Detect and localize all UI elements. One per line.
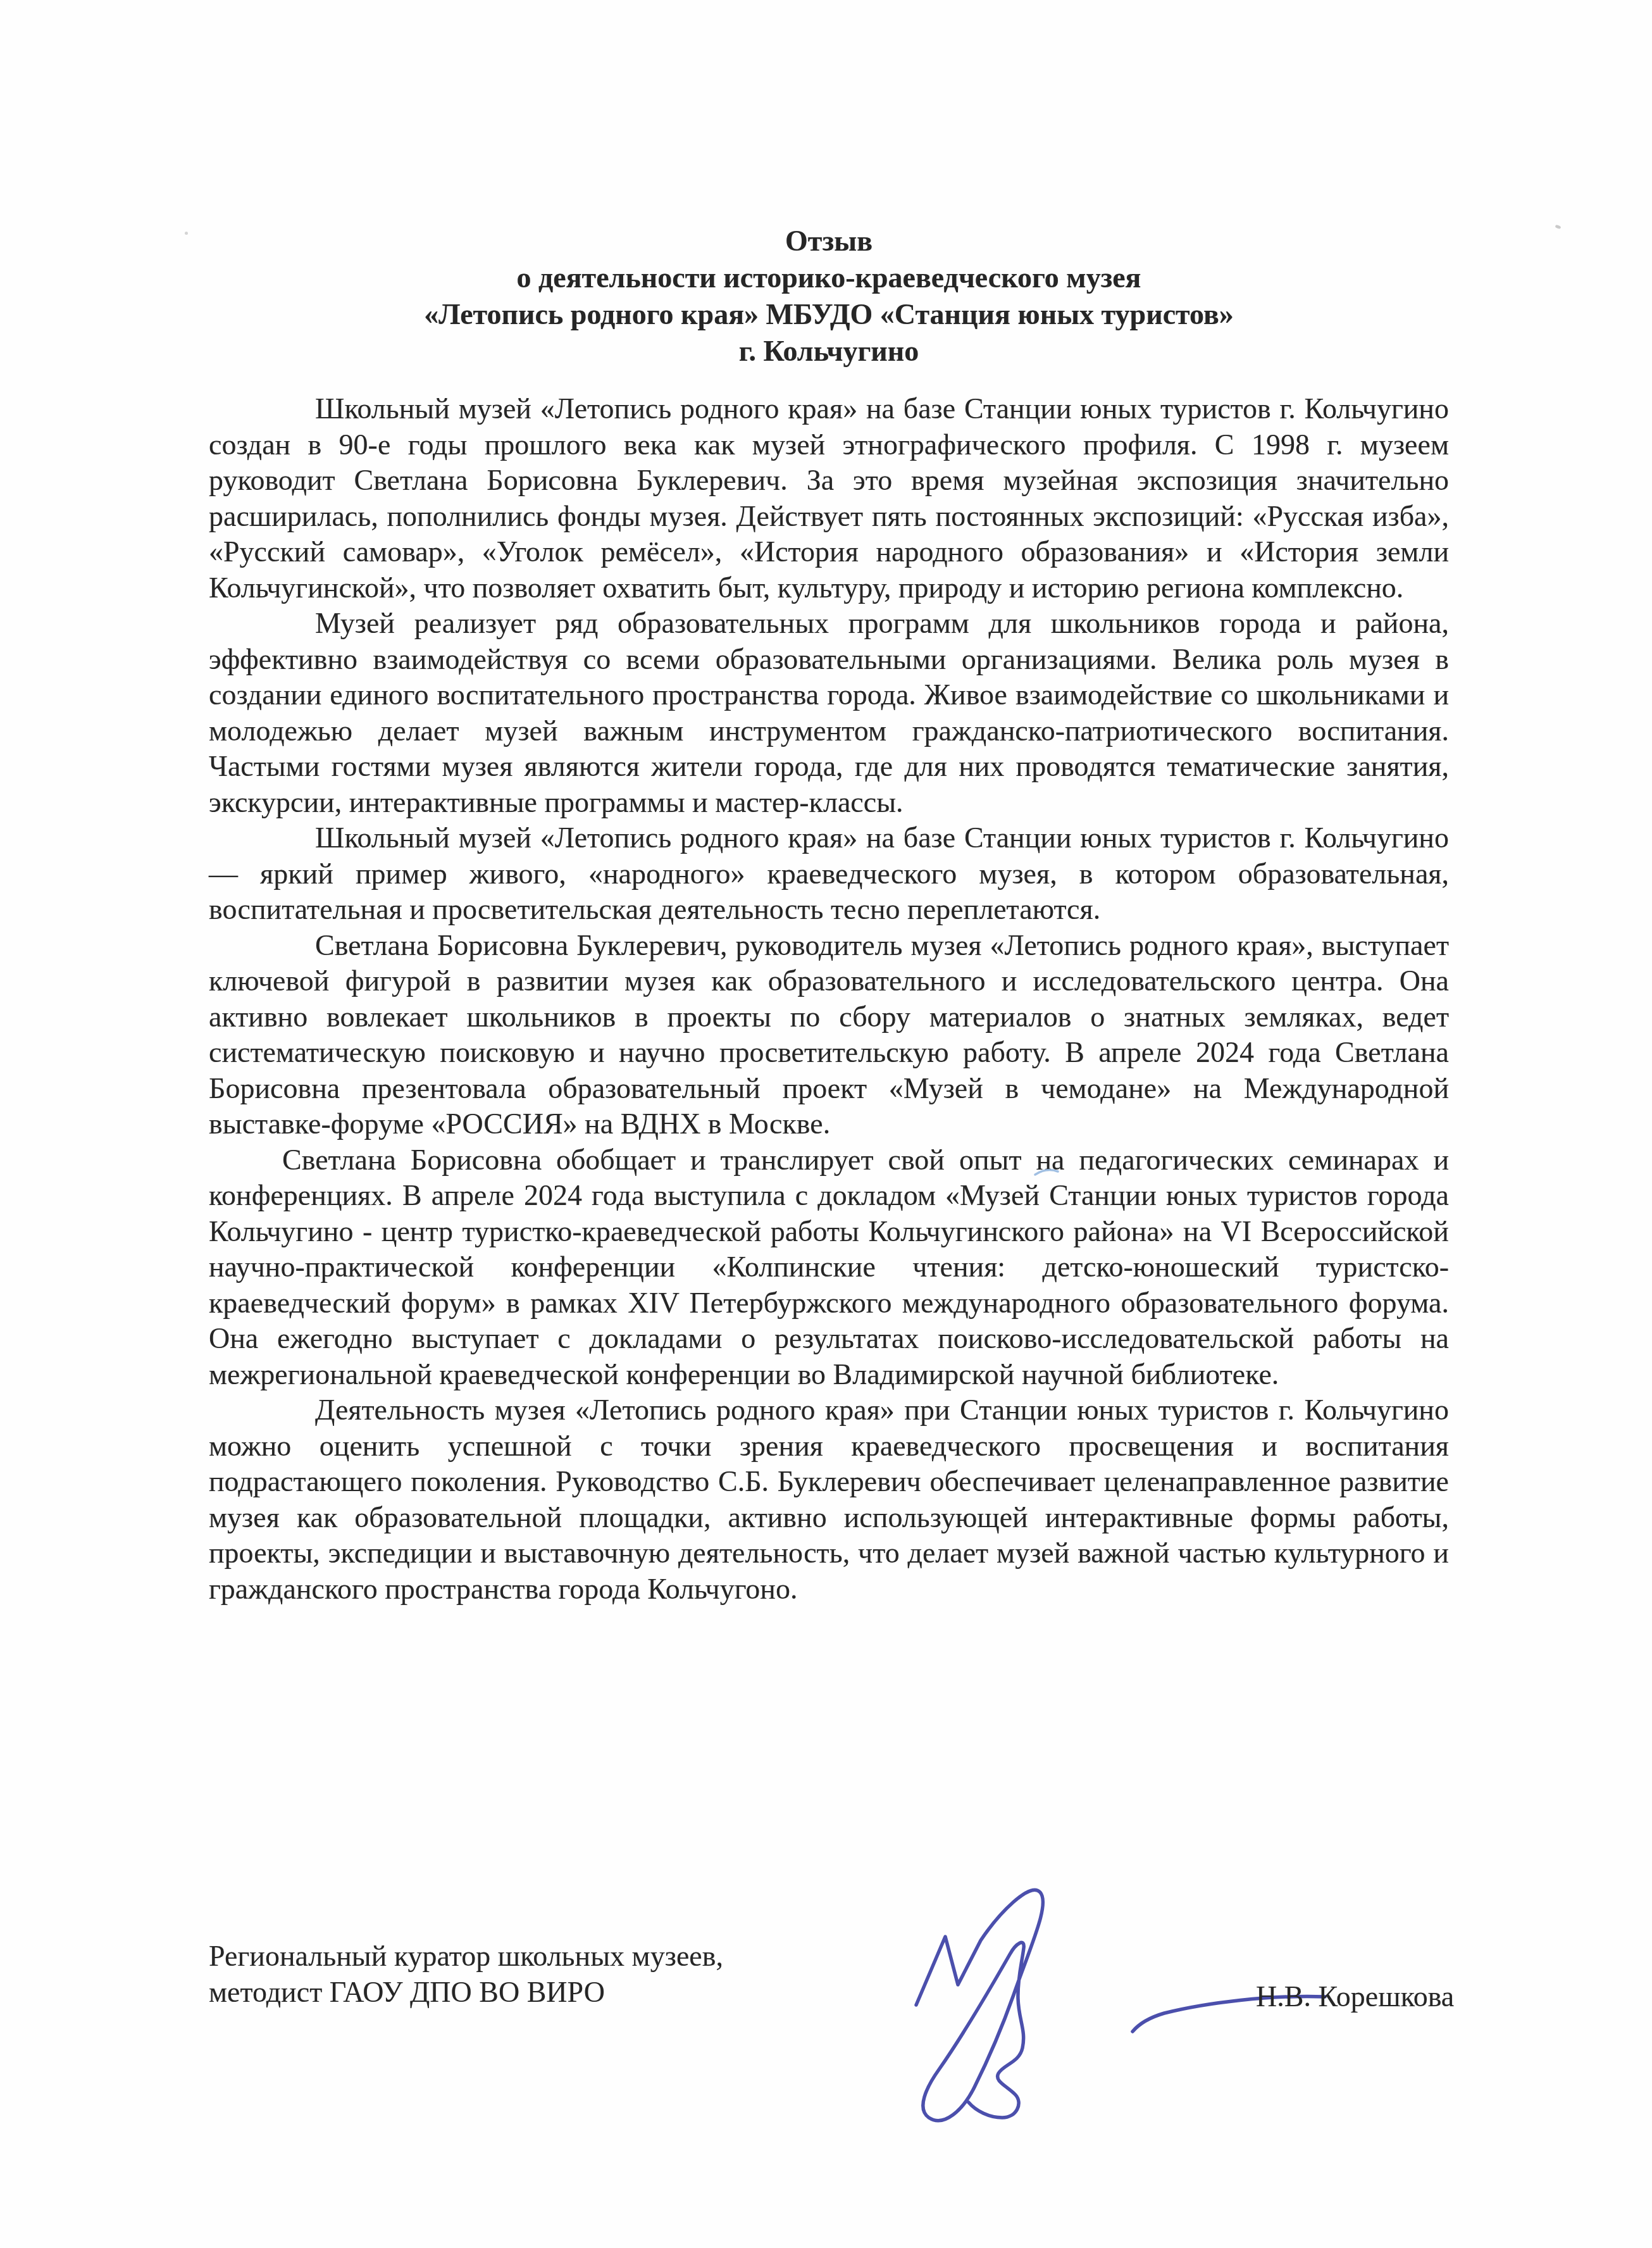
signature-name: Н.В. Корешкова: [1256, 1980, 1454, 2013]
scanned-letter-page: Отзыв о деятельности историко-краеведчес…: [0, 0, 1652, 2248]
document-title: Отзыв о деятельности историко-краеведчес…: [209, 223, 1449, 370]
paragraph-1: Школьный музей «Летопись родного края» н…: [209, 391, 1449, 606]
paragraph-3: Школьный музей «Летопись родного края» н…: [209, 820, 1449, 928]
paragraph-2: Музей реализует ряд образовательных прог…: [209, 606, 1449, 820]
signature-role-line-1: Региональный куратор школьных музеев,: [209, 1938, 723, 1974]
signature-role-line-2: методист ГАОУ ДПО ВО ВИРО: [209, 1974, 723, 2010]
title-line-1: Отзыв: [209, 223, 1449, 259]
paragraph-4: Светлана Борисовна Буклеревич, руководит…: [209, 928, 1449, 1142]
paragraph-5: Светлана Борисовна обобщает и транслируе…: [209, 1142, 1449, 1393]
paragraph-6: Деятельность музея «Летопись родного кра…: [209, 1392, 1449, 1607]
title-line-3: «Летопись родного края» МБУДО «Станция ю…: [209, 296, 1449, 333]
scan-speck: [185, 232, 188, 235]
signature-main-stroke: [916, 1890, 1043, 2120]
title-line-4: г. Кольчугино: [209, 333, 1449, 370]
signature-role-block: Региональный куратор школьных музеев, ме…: [209, 1938, 723, 2010]
title-line-2: о деятельности историко-краеведческого м…: [209, 259, 1449, 296]
document-body: Школьный музей «Летопись родного края» н…: [209, 391, 1449, 1607]
stray-pen-mark: [1031, 1165, 1072, 1183]
scan-speck: [1555, 225, 1561, 230]
handwritten-signature: [878, 1875, 1359, 2185]
